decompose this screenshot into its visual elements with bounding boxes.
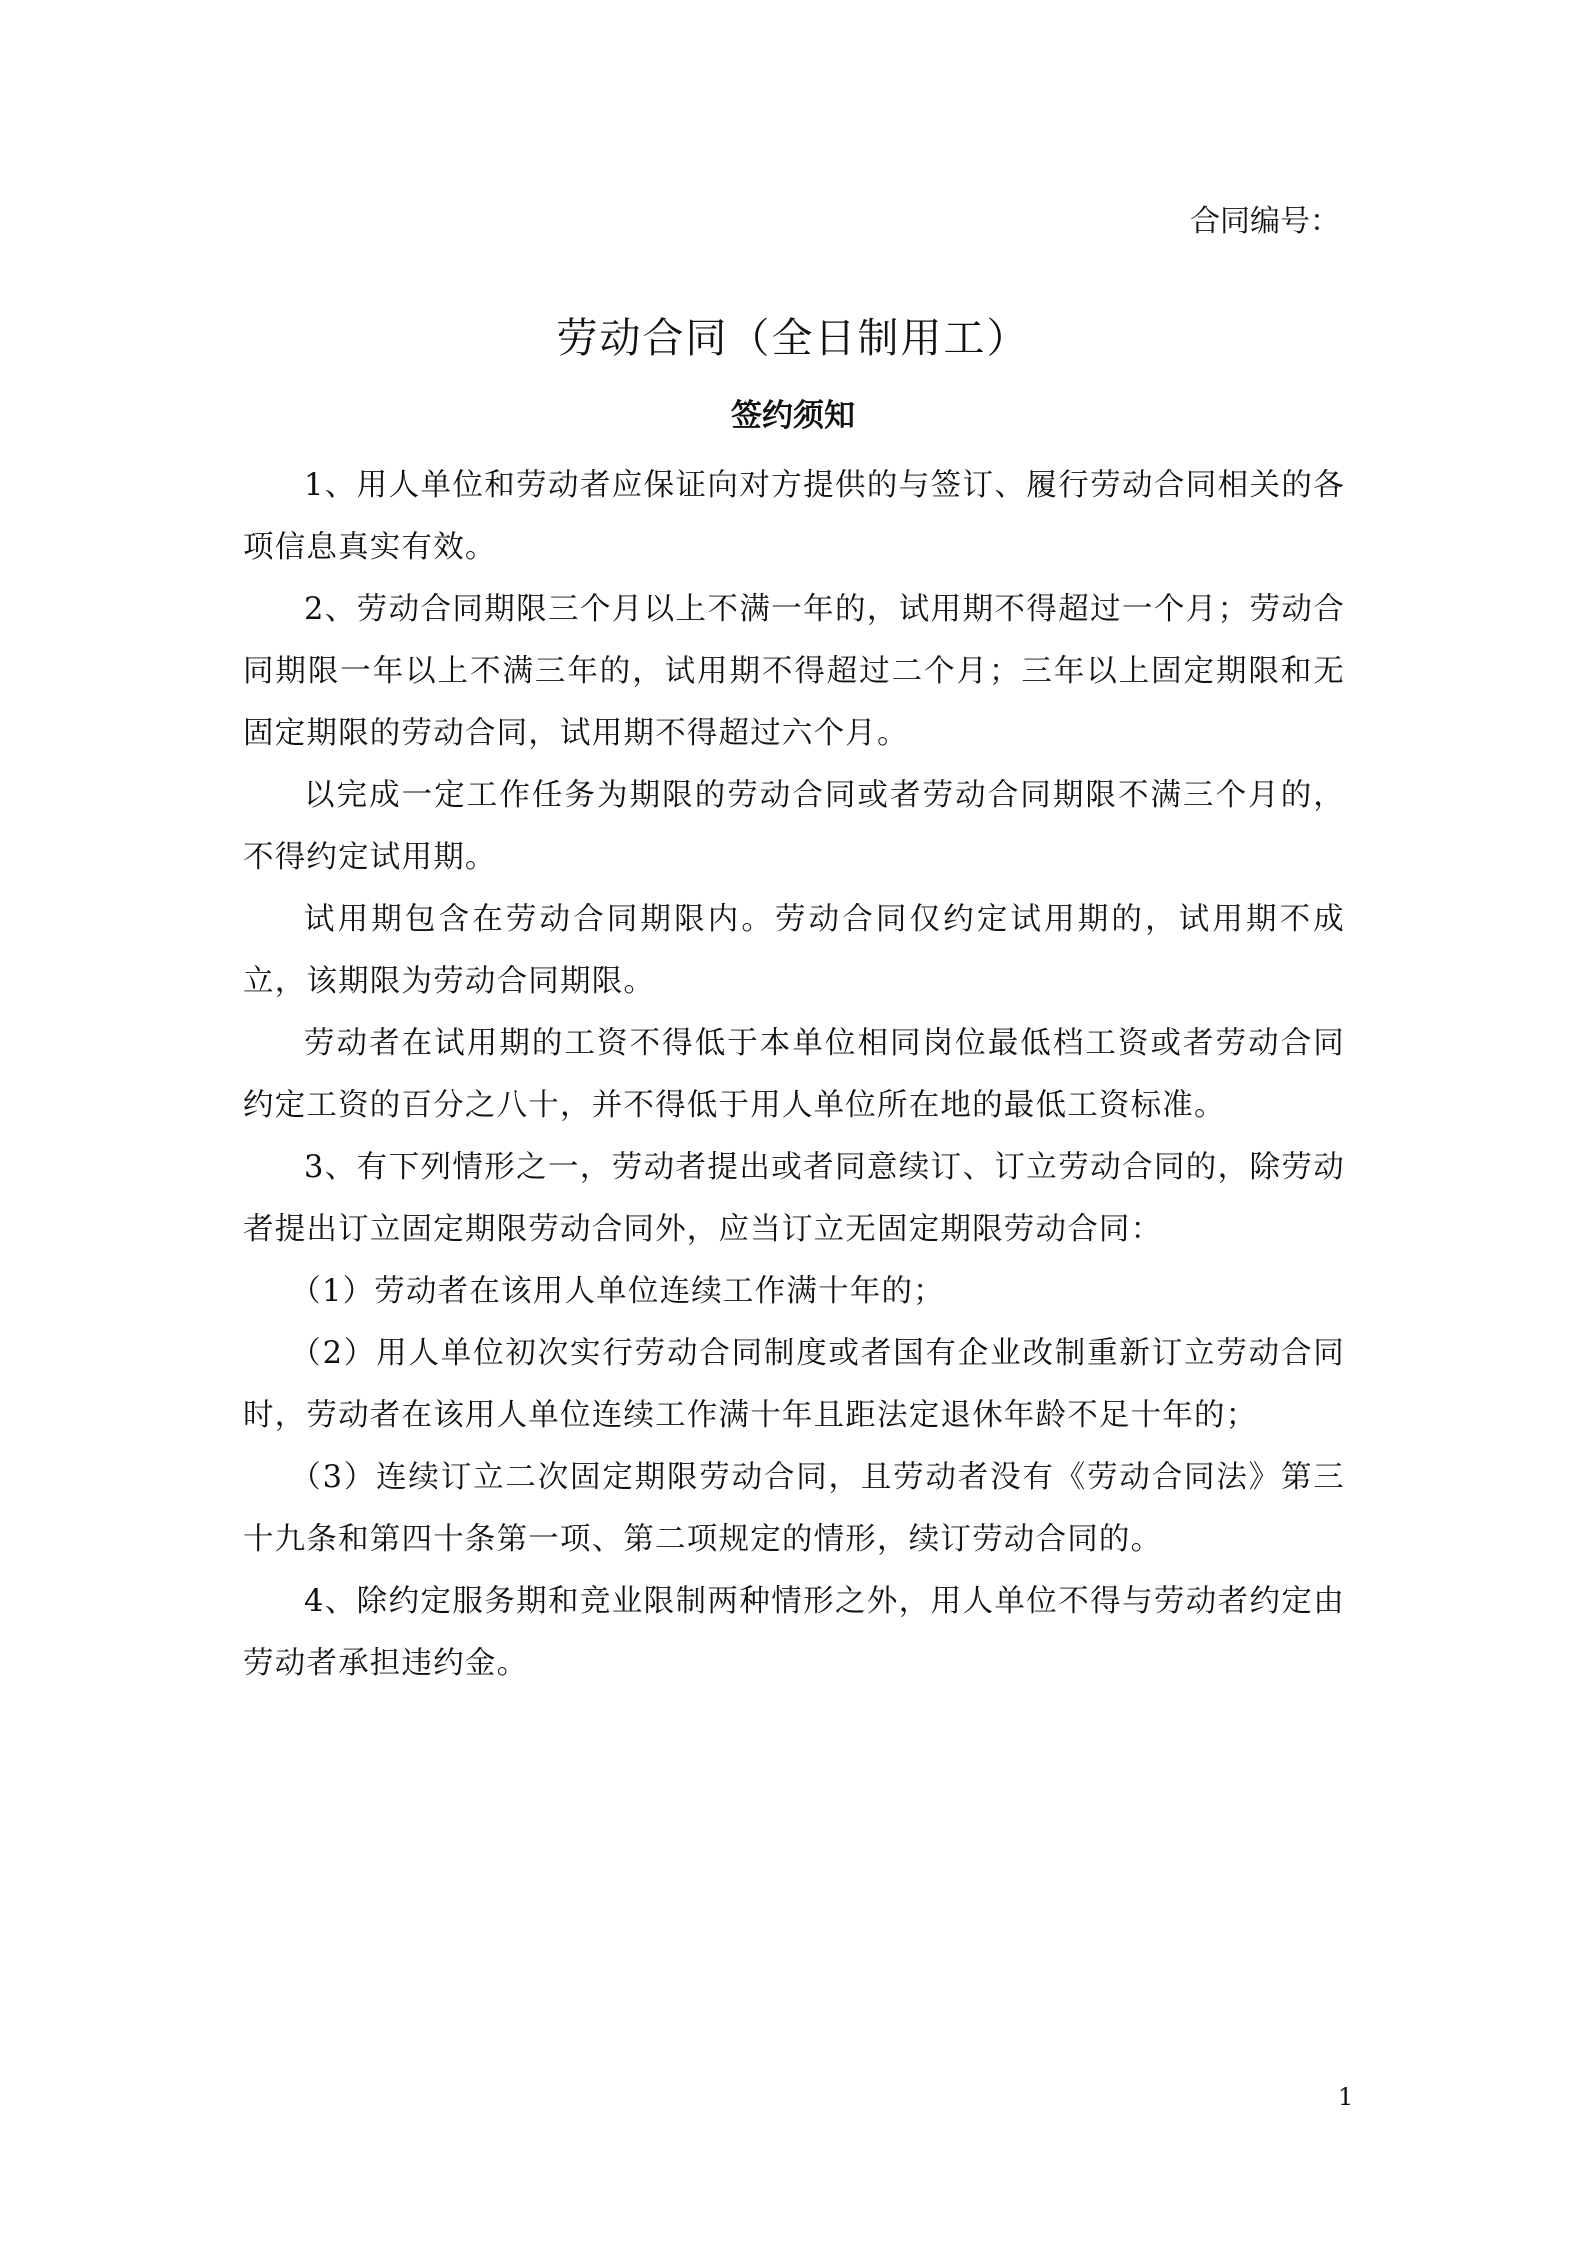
clause-2-task-contract: 以完成一定工作任务为期限的劳动合同或者劳动合同期限不满三个月的，不得约定试用期。: [243, 765, 1345, 889]
clause-4: 4、除约定服务期和竞业限制两种情形之外，用人单位不得与劳动者约定由劳动者承担违约…: [243, 1571, 1345, 1695]
clause-2: 2、劳动合同期限三个月以上不满一年的，试用期不得超过一个月；劳动合同期限一年以上…: [243, 579, 1345, 765]
notice-body: 1、用人单位和劳动者应保证向对方提供的与签订、履行劳动合同相关的各项信息真实有效…: [243, 455, 1345, 1695]
document-title: 劳动合同（全日制用工）: [0, 310, 1586, 366]
clause-3: 3、有下列情形之一，劳动者提出或者同意续订、订立劳动合同的，除劳动者提出订立固定…: [243, 1137, 1345, 1261]
clause-3-item-1: （1）劳动者在该用人单位连续工作满十年的；: [243, 1261, 1345, 1323]
page-number: 1: [1338, 2082, 1353, 2112]
clause-3-item-3: （3）连续订立二次固定期限劳动合同，且劳动者没有《劳动合同法》第三十九条和第四十…: [243, 1447, 1345, 1571]
clause-3-item-2: （2）用人单位初次实行劳动合同制度或者国有企业改制重新订立劳动合同时，劳动者在该…: [243, 1323, 1345, 1447]
contract-number-label: 合同编号：: [1190, 200, 1340, 244]
section-heading: 签约须知: [0, 392, 1586, 440]
clause-2-probation-scope: 试用期包含在劳动合同期限内。劳动合同仅约定试用期的，试用期不成立，该期限为劳动合…: [243, 889, 1345, 1013]
clause-1: 1、用人单位和劳动者应保证向对方提供的与签订、履行劳动合同相关的各项信息真实有效…: [243, 455, 1345, 579]
document-page: 合同编号： 劳动合同（全日制用工） 签约须知 1、用人单位和劳动者应保证向对方提…: [0, 0, 1586, 2244]
clause-2-probation-wage: 劳动者在试用期的工资不得低于本单位相同岗位最低档工资或者劳动合同约定工资的百分之…: [243, 1013, 1345, 1137]
